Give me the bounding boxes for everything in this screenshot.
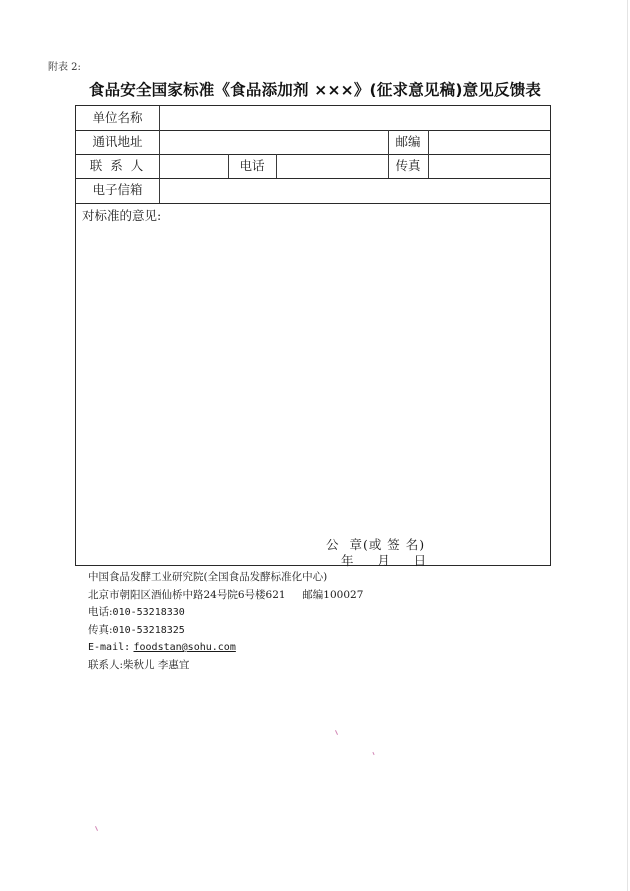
address-field[interactable]: [160, 131, 387, 154]
phone-label: 电话: [228, 154, 276, 178]
scan-speck: [372, 752, 374, 755]
fax-field[interactable]: [429, 155, 550, 178]
postcode-field[interactable]: [429, 131, 550, 154]
contacts-label-text: 联系人:: [88, 659, 123, 671]
contact-footer: 中国食品发酵工业研究院(全国食品发酵标准化中心) 北京市朝阳区酒仙桥中路24号院…: [88, 569, 363, 674]
phone-line: 电话:010-53218330: [88, 604, 363, 622]
opinion-label: 对标准的意见:: [82, 206, 161, 224]
email-field[interactable]: [160, 179, 550, 203]
fax-label: 传真: [388, 154, 428, 178]
appendix-label: 附表 2:: [48, 58, 81, 73]
phone-number: 010-53218330: [113, 607, 185, 618]
fax-label-text: 传真:: [88, 624, 113, 636]
scan-speck: [335, 730, 338, 735]
address-line: 北京市朝阳区酒仙桥中路24号院6号楼621 邮编100027: [88, 587, 363, 605]
contact-person-field[interactable]: [160, 155, 227, 178]
phone-label-text: 电话:: [88, 606, 113, 618]
address-text: 北京市朝阳区酒仙桥中路24号院6号楼621: [88, 589, 286, 601]
phone-field[interactable]: [277, 155, 387, 178]
scan-speck: [95, 826, 98, 831]
feedback-form-table: 单位名称 通讯地址 邮编 联 系 人 电话 传真 电子信箱 对标准的意见: 公 …: [75, 105, 551, 566]
postcode-text: 邮编100027: [302, 589, 363, 601]
unit-name-field[interactable]: [160, 106, 550, 130]
email-label: 电子信箱: [76, 178, 159, 202]
organization-name: 中国食品发酵工业研究院(全国食品发酵标准化中心): [88, 569, 363, 587]
fax-number: 010-53218325: [113, 625, 185, 636]
contacts-line: 联系人:柴秋儿 李惠宜: [88, 657, 363, 675]
opinion-field[interactable]: [76, 224, 550, 529]
email-link[interactable]: foodstan@sohu.com: [134, 642, 236, 653]
page-edge: [627, 0, 628, 891]
address-label: 通讯地址: [76, 130, 159, 154]
contact-person-label: 联 系 人: [76, 154, 159, 178]
document-title: 食品安全国家标准《食品添加剂 ×××》(征求意见稿)意见反馈表: [0, 78, 630, 100]
email-line: E-mail: foodstan@sohu.com: [88, 639, 363, 657]
date-label: 年 月 日: [341, 551, 426, 569]
contacts-names: 柴秋儿 李惠宜: [123, 659, 189, 671]
postcode-label: 邮编: [388, 130, 428, 154]
unit-name-label: 单位名称: [76, 106, 159, 130]
email-label-text: E-mail:: [88, 642, 130, 653]
fax-line: 传真:010-53218325: [88, 622, 363, 640]
row-divider: [76, 203, 550, 204]
